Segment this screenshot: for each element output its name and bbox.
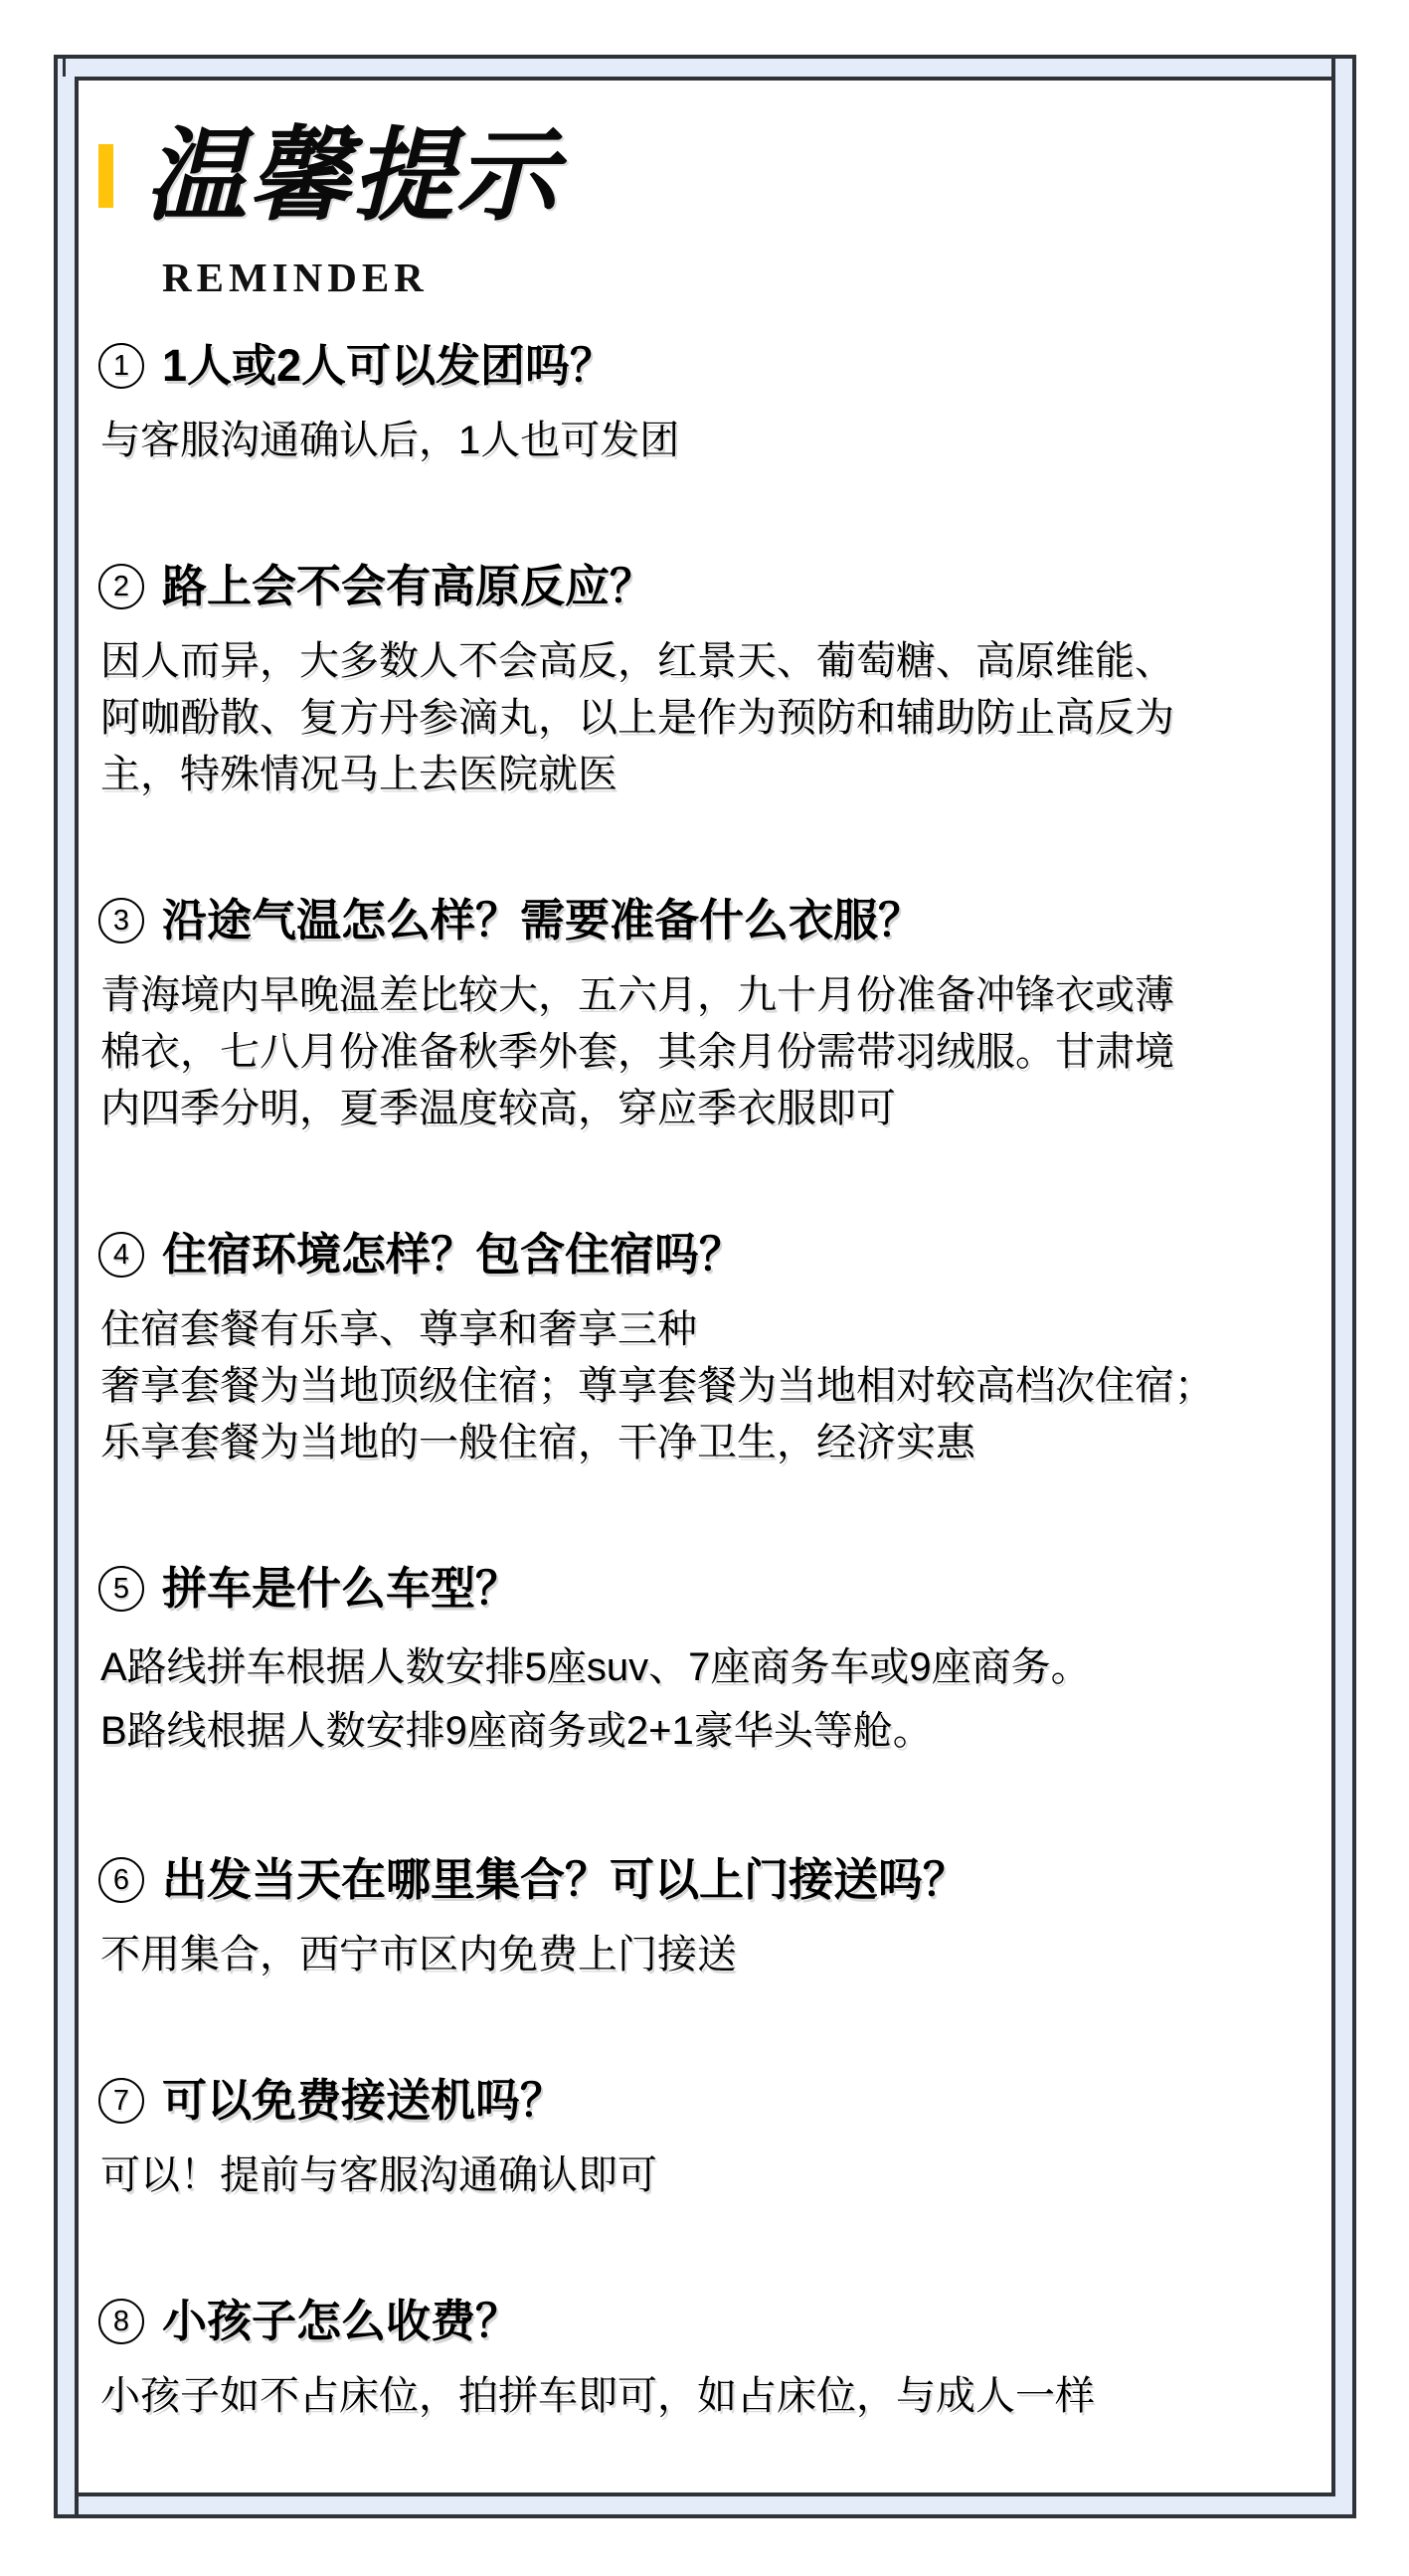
- question-text: 1人或2人可以发团吗？: [162, 341, 615, 391]
- question-row: 7 可以免费接送机吗？: [98, 2076, 1312, 2126]
- answer: 住宿套餐有乐享、尊享和奢享三种奢享套餐为当地顶级住宿；尊享套餐为当地相对较高档次…: [100, 1301, 1312, 1471]
- answer: A路线拼车根据人数安排5座suv、7座商务车或9座商务。B路线根据人数安排9座商…: [100, 1635, 1312, 1763]
- faq-section: 6 出发当天在哪里集合？可以上门接送吗？ 不用集合，西宁市区内免费上门接送: [98, 1855, 1312, 1983]
- answer: 青海境内早晚温差比较大，五六月，九十月份准备冲锋衣或薄棉衣，七八月份准备秋季外套…: [100, 967, 1312, 1137]
- question-row: 2 路上会不会有高原反应？: [98, 562, 1312, 611]
- question-text: 小孩子怎么收费？: [162, 2297, 520, 2346]
- question-row: 6 出发当天在哪里集合？可以上门接送吗？: [98, 1855, 1312, 1905]
- faq-section: 2 路上会不会有高原反应？ 因人而异，大多数人不会高反，红景天、葡萄糖、高原维能…: [98, 562, 1312, 803]
- question-number: 6: [98, 1857, 144, 1903]
- faq-section: 8 小孩子怎么收费？ 小孩子如不占床位，拍拼车即可，如占床位，与成人一样: [98, 2297, 1312, 2425]
- question-row: 4 住宿环境怎样？包含住宿吗？: [98, 1230, 1312, 1280]
- answer-line: 不用集合，西宁市区内免费上门接送: [100, 1927, 1312, 1983]
- header: 温馨提示: [98, 120, 1312, 232]
- answer-line: 棉衣，七八月份准备秋季外套，其余月份需带羽绒服。甘肃境: [100, 1024, 1312, 1081]
- question-text: 住宿环境怎样？包含住宿吗？: [162, 1230, 744, 1280]
- page-subtitle: REMINDER: [162, 256, 1312, 299]
- question-number: 7: [98, 2078, 144, 2124]
- answer-line: 小孩子如不占床位，拍拼车即可，如占床位，与成人一样: [100, 2368, 1312, 2425]
- question-row: 1 1人或2人可以发团吗？: [98, 341, 1312, 391]
- question-text: 出发当天在哪里集合？可以上门接送吗？: [162, 1855, 968, 1905]
- answer-line: 因人而异，大多数人不会高反，红景天、葡萄糖、高原维能、: [100, 633, 1312, 690]
- faq-section: 4 住宿环境怎样？包含住宿吗？ 住宿套餐有乐享、尊享和奢享三种奢享套餐为当地顶级…: [98, 1230, 1312, 1471]
- answer-line: 可以！提前与客服沟通确认即可: [100, 2147, 1312, 2204]
- answer-line: 乐享套餐为当地的一般住宿，干净卫生，经济实惠: [100, 1415, 1312, 1471]
- question-number: 3: [98, 898, 144, 944]
- answer-line: 内四季分明，夏季温度较高，穿应季衣服即可: [100, 1081, 1312, 1137]
- faq-section: 1 1人或2人可以发团吗？ 与客服沟通确认后，1人也可发团: [98, 341, 1312, 469]
- question-text: 路上会不会有高原反应？: [162, 562, 654, 611]
- question-number: 2: [98, 564, 144, 609]
- page-title: 温馨提示: [145, 120, 559, 232]
- faq-section: 5 拼车是什么车型？ A路线拼车根据人数安排5座suv、7座商务车或9座商务。B…: [98, 1564, 1312, 1763]
- question-text: 沿途气温怎么样？需要准备什么衣服？: [162, 896, 923, 945]
- question-row: 8 小孩子怎么收费？: [98, 2297, 1312, 2346]
- faq-list: 1 1人或2人可以发团吗？ 与客服沟通确认后，1人也可发团 2 路上会不会有高原…: [98, 341, 1312, 2425]
- answer-line: 阿咖酚散、复方丹参滴丸，以上是作为预防和辅助防止高反为: [100, 690, 1312, 747]
- question-text: 拼车是什么车型？: [162, 1564, 520, 1614]
- answer: 不用集合，西宁市区内免费上门接送: [100, 1927, 1312, 1983]
- frame-joint-bottom-left: [75, 2496, 79, 2514]
- poster-frame: 温馨提示 REMINDER 1 1人或2人可以发团吗？ 与客服沟通确认后，1人也…: [54, 55, 1356, 2518]
- answer-line: 与客服沟通确认后，1人也可发团: [100, 413, 1312, 469]
- answer: 可以！提前与客服沟通确认即可: [100, 2147, 1312, 2204]
- answer: 与客服沟通确认后，1人也可发团: [100, 413, 1312, 469]
- answer-line: B路线根据人数安排9座商务或2+1豪华头等舱。: [100, 1699, 1312, 1763]
- answer: 小孩子如不占床位，拍拼车即可，如占床位，与成人一样: [100, 2368, 1312, 2425]
- answer-line: A路线拼车根据人数安排5座suv、7座商务车或9座商务。: [100, 1635, 1312, 1699]
- answer: 因人而异，大多数人不会高反，红景天、葡萄糖、高原维能、阿咖酚散、复方丹参滴丸，以…: [100, 633, 1312, 803]
- question-number: 4: [98, 1232, 144, 1278]
- faq-section: 3 沿途气温怎么样？需要准备什么衣服？ 青海境内早晚温差比较大，五六月，九十月份…: [98, 896, 1312, 1137]
- question-row: 5 拼车是什么车型？: [98, 1564, 1312, 1614]
- question-row: 3 沿途气温怎么样？需要准备什么衣服？: [98, 896, 1312, 945]
- frame-joint-top-left: [63, 59, 66, 77]
- answer-line: 青海境内早晚温差比较大，五六月，九十月份准备冲锋衣或薄: [100, 967, 1312, 1024]
- answer-line: 主，特殊情况马上去医院就医: [100, 747, 1312, 803]
- frame-joint-top-right: [1331, 59, 1335, 77]
- question-text: 可以免费接送机吗？: [162, 2076, 565, 2126]
- answer-line: 住宿套餐有乐享、尊享和奢享三种: [100, 1301, 1312, 1358]
- accent-bar: [98, 144, 113, 208]
- answer-line: 奢享套餐为当地顶级住宿；尊享套餐为当地相对较高档次住宿；: [100, 1358, 1312, 1415]
- faq-section: 7 可以免费接送机吗？ 可以！提前与客服沟通确认即可: [98, 2076, 1312, 2204]
- question-number: 1: [98, 343, 144, 389]
- content-card: 温馨提示 REMINDER 1 1人或2人可以发团吗？ 与客服沟通确认后，1人也…: [75, 77, 1335, 2496]
- question-number: 5: [98, 1566, 144, 1612]
- question-number: 8: [98, 2299, 144, 2344]
